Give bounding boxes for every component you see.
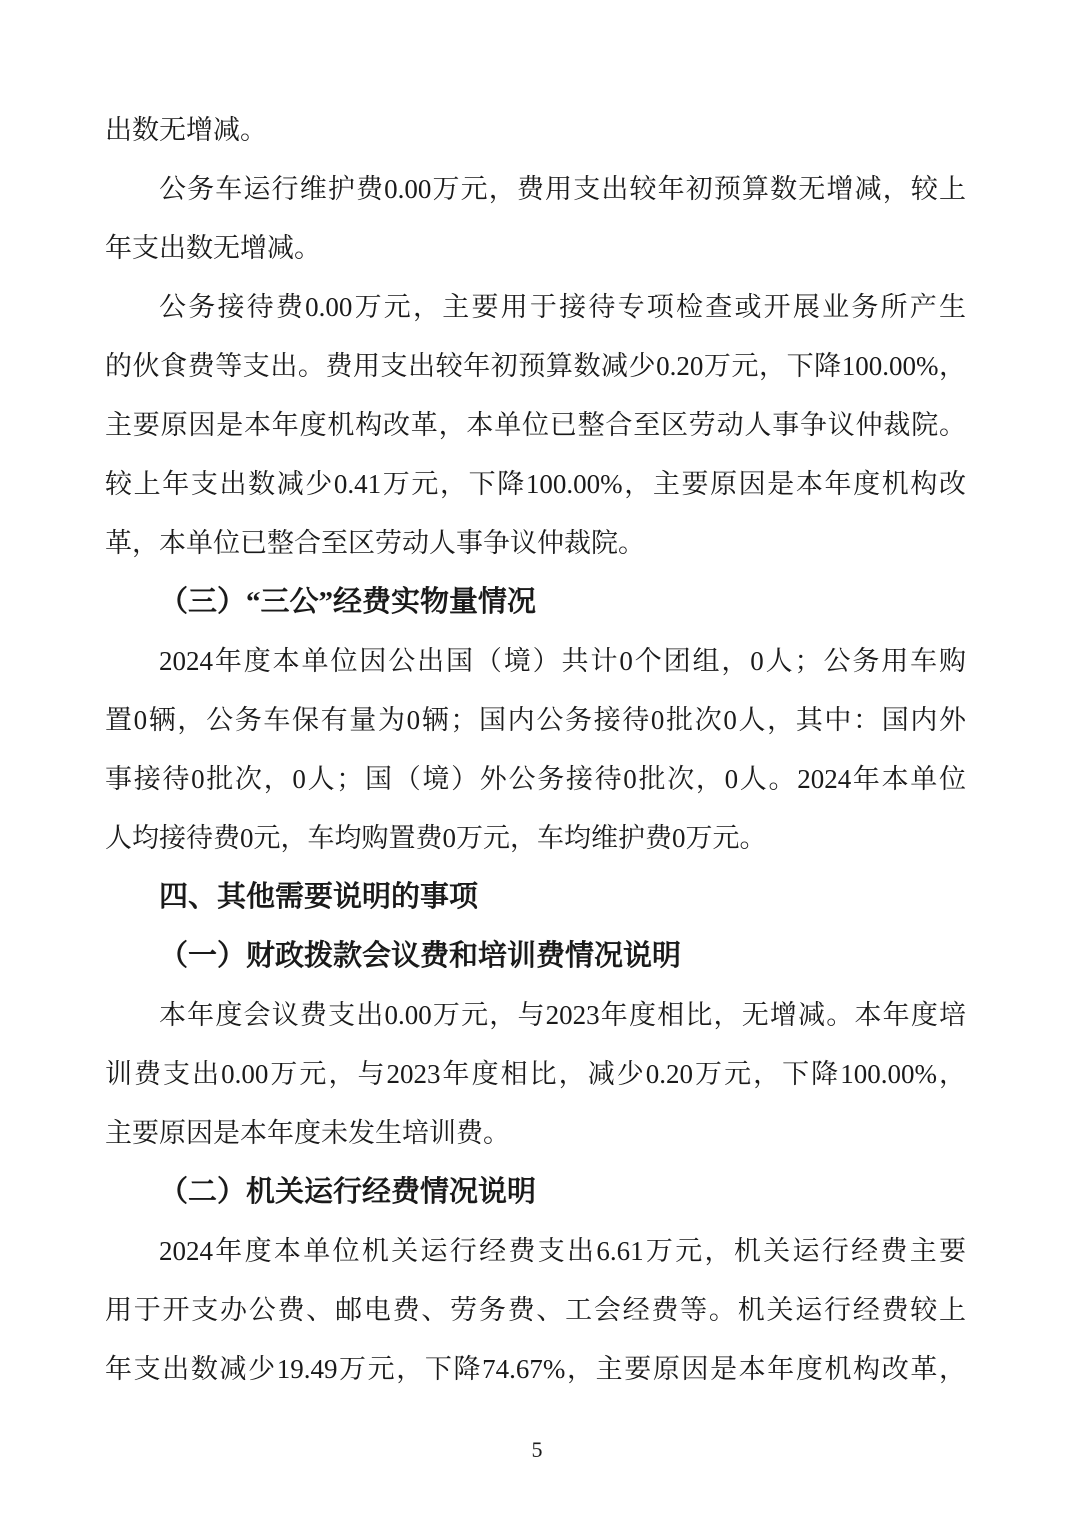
paragraph-line: 用于开支办公费、邮电费、劳务费、工会经费等。机关运行经费较上 [105, 1281, 966, 1340]
paragraph-line: 年支出数减少19.49万元，下降74.67%，主要原因是本年度机构改革， [105, 1340, 966, 1399]
document-page: 出数无增减。 公务车运行维护费0.00万元，费用支出较年初预算数无增减，较上 年… [0, 0, 1074, 1520]
paragraph-line: 本年度会议费支出0.00万元，与2023年度相比，无增减。本年度培 [105, 986, 966, 1045]
subsection-heading: （三）“三公”经费实物量情况 [105, 573, 966, 632]
paragraph-line: 主要原因是本年度未发生培训费。 [105, 1104, 966, 1163]
subsection-heading: （一）财政拨款会议费和培训费情况说明 [105, 927, 966, 986]
paragraph-line: 训费支出0.00万元，与2023年度相比，减少0.20万元，下降100.00%， [105, 1045, 966, 1104]
document-body: 出数无增减。 公务车运行维护费0.00万元，费用支出较年初预算数无增减，较上 年… [105, 101, 966, 1399]
paragraph-line: 年支出数无增减。 [105, 219, 966, 278]
paragraph-line: 主要原因是本年度机构改革，本单位已整合至区劳动人事争议仲裁院。 [105, 396, 966, 455]
paragraph-line: 2024年度本单位因公出国（境）共计0个团组，0人；公务用车购 [105, 632, 966, 691]
paragraph-line: 公务接待费0.00万元，主要用于接待专项检查或开展业务所产生 [105, 278, 966, 337]
section-heading: 四、其他需要说明的事项 [105, 868, 966, 927]
subsection-heading: （二）机关运行经费情况说明 [105, 1163, 966, 1222]
paragraph-line: 较上年支出数减少0.41万元，下降100.00%，主要原因是本年度机构改 [105, 455, 966, 514]
paragraph-line: 公务车运行维护费0.00万元，费用支出较年初预算数无增减，较上 [105, 160, 966, 219]
page-number: 5 [0, 1434, 1074, 1466]
paragraph-line: 置0辆，公务车保有量为0辆；国内公务接待0批次0人，其中：国内外 [105, 691, 966, 750]
paragraph-line: 的伙食费等支出。费用支出较年初预算数减少0.20万元，下降100.00%， [105, 337, 966, 396]
paragraph-line: 出数无增减。 [105, 101, 966, 160]
paragraph-line: 2024年度本单位机关运行经费支出6.61万元，机关运行经费主要 [105, 1222, 966, 1281]
paragraph-line: 革，本单位已整合至区劳动人事争议仲裁院。 [105, 514, 966, 573]
paragraph-line: 人均接待费0元，车均购置费0万元，车均维护费0万元。 [105, 809, 966, 868]
paragraph-line: 事接待0批次，0人；国（境）外公务接待0批次，0人。2024年本单位 [105, 750, 966, 809]
